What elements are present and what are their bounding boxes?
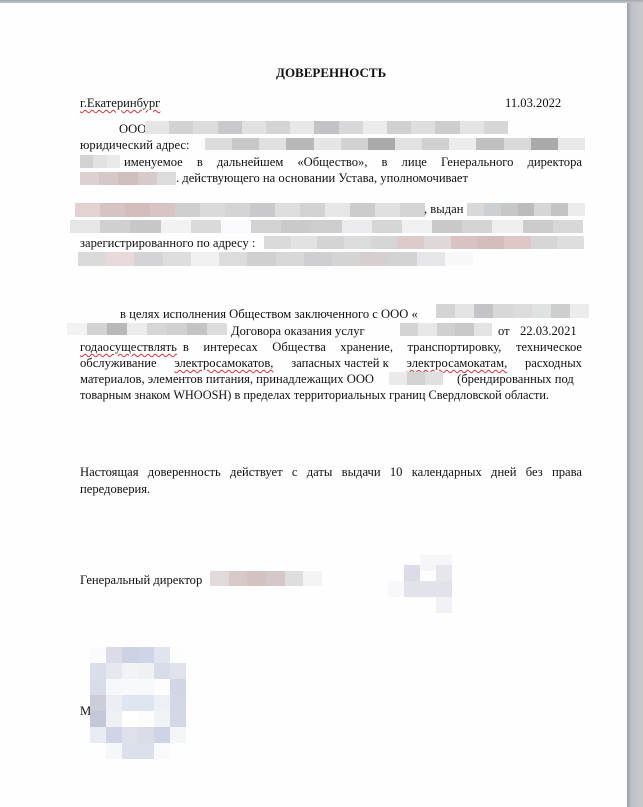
para1-line3: именуемое в дальнейшем «Общество», в лиц…	[124, 154, 582, 170]
spelling-error-word: электросамокатов,	[174, 355, 273, 371]
redacted-stamp	[90, 647, 186, 759]
document-date: 11.03.2022	[505, 95, 561, 111]
validity-line2: передоверия.	[80, 481, 150, 497]
para3-line5b: (брендированных под	[457, 371, 574, 387]
redacted-contractor-name	[436, 304, 589, 318]
redacted-attorney-name	[75, 203, 425, 217]
para1-line4: . действующего на основании Устава, упол…	[176, 170, 468, 186]
registered-address-label: зарегистрированного по адресу :	[80, 235, 255, 251]
redacted-owner-company	[389, 372, 443, 385]
redacted-legal-address	[205, 138, 585, 150]
redacted-inn	[80, 155, 120, 168]
redacted-contract-number	[400, 323, 492, 336]
company-prefix: ООО	[119, 121, 146, 137]
redacted-contractor-details	[67, 323, 227, 335]
para3-from-label: от	[498, 323, 510, 339]
para3-line6: товарным знаком WHOOSH) в пределах терри…	[80, 387, 549, 403]
text-fragment: обслуживание	[80, 355, 157, 371]
text-fragment: запасных частей к	[291, 355, 389, 371]
redacted-director-signature-name	[210, 571, 322, 586]
spelling-error-word: электросамокатам,	[407, 355, 508, 371]
para3-line3: в интересах Общества хранение, транспорт…	[183, 339, 582, 355]
document-city: г.Екатеринбург	[80, 95, 160, 111]
window-right-edge	[627, 3, 643, 807]
validity-line1: Настоящая доверенность действует с даты …	[80, 464, 582, 480]
redacted-passport-details	[70, 220, 583, 233]
para3-line5a: материалов, элементов питания, принадлеж…	[80, 371, 374, 387]
document-page: ДОВЕРЕННОСТЬ г.Екатеринбург 11.03.2022 О…	[0, 3, 627, 807]
redacted-passport-issuer	[467, 203, 585, 216]
redacted-registered-address	[264, 236, 584, 249]
spelling-error-word: годаосуществлять	[80, 339, 177, 355]
issued-label: , выдан	[424, 201, 463, 217]
redacted-registered-address-cont	[78, 252, 473, 266]
redacted-signature	[388, 555, 484, 617]
text-fragment: расходных	[525, 355, 582, 371]
contract-date: 22.03.2021	[520, 323, 577, 339]
para3-contract-label: Договора оказания услуг	[231, 323, 365, 339]
redacted-director-name	[80, 172, 176, 185]
document-title: ДОВЕРЕННОСТЬ	[276, 65, 386, 81]
para3-line1: в целях исполнения Обществом заключенног…	[120, 306, 418, 322]
redacted-company-name	[145, 121, 508, 134]
para3-line3-row: годаосуществлять в интересах Общества хр…	[80, 339, 582, 355]
legal-address-label: юридический адрес:	[80, 137, 189, 153]
para3-line4-row: обслуживание электросамокатов, запасных …	[80, 355, 582, 371]
signature-label: Генеральный директор	[80, 572, 202, 588]
